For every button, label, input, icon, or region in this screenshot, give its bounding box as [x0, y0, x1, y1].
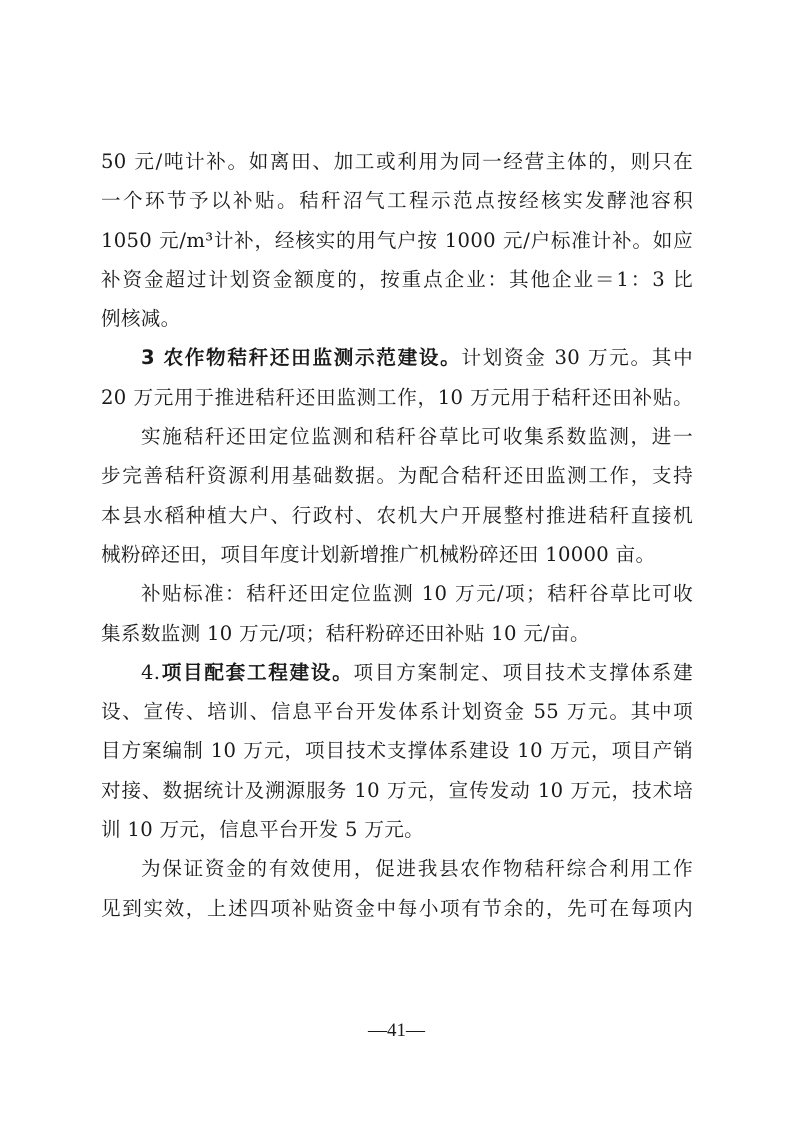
text-line: 目方案编制 10 万元，项目技术支撑体系建设 10 万元，项目产销 — [101, 731, 693, 770]
section-text: 项目方案制定、项目技术支撑体系建 — [353, 661, 693, 684]
text-line: 械粉碎还田，项目年度计划新增推广机械粉碎还田 10000 亩。 — [101, 535, 693, 574]
section-text: 计划资金 30 万元。其中 — [461, 346, 693, 369]
section-heading: 项目配套工程建设。 — [160, 661, 353, 684]
text-line: 50 元/吨计补。如离田、加工或利用为同一经营主体的，则只在 — [101, 142, 693, 181]
section-heading: 3 农作物秸秆还田监测示范建设。 — [141, 346, 461, 369]
document-body: 50 元/吨计补。如离田、加工或利用为同一经营主体的，则只在 一个环节予以补贴。… — [101, 142, 693, 928]
text-line: 对接、数据统计及溯源服务 10 万元，宣传发动 10 万元，技术培 — [101, 771, 693, 810]
paragraph-section-3: 3 农作物秸秆还田监测示范建设。计划资金 30 万元。其中 20 万元用于推进秸… — [101, 338, 693, 417]
text-line: 补资金超过计划资金额度的，按重点企业：其他企业＝1：3 比 — [101, 260, 693, 299]
text-line: 为保证资金的有效使用，促进我县农作物秸秆综合利用工作 — [101, 849, 693, 888]
paragraph-subsidy-standard: 补贴标准：秸秆还田定位监测 10 万元/项；秸秆谷草比可收 集系数监测 10 万… — [101, 574, 693, 653]
paragraph-monitoring: 实施秸秆还田定位监测和秸秆谷草比可收集系数监测，进一 步完善秸秆资源利用基础数据… — [101, 417, 693, 574]
text-line: 见到实效，上述四项补贴资金中每小项有节余的，先可在每项内 — [101, 889, 693, 928]
paragraph-fund-usage: 为保证资金的有效使用，促进我县农作物秸秆综合利用工作 见到实效，上述四项补贴资金… — [101, 849, 693, 928]
text-line: 补贴标准：秸秆还田定位监测 10 万元/项；秸秆谷草比可收 — [101, 574, 693, 613]
text-line: 设、宣传、培训、信息平台开发体系计划资金 55 万元。其中项 — [101, 692, 693, 731]
text-line: 集系数监测 10 万元/项；秸秆粉碎还田补贴 10 元/亩。 — [101, 614, 693, 653]
text-line: 训 10 万元，信息平台开发 5 万元。 — [101, 810, 693, 849]
paragraph-subsidy-continuation: 50 元/吨计补。如离田、加工或利用为同一经营主体的，则只在 一个环节予以补贴。… — [101, 142, 693, 338]
section-number: 4. — [141, 661, 160, 684]
text-line: 4.项目配套工程建设。项目方案制定、项目技术支撑体系建 — [101, 653, 693, 692]
text-line: 20 万元用于推进秸秆还田监测工作，10 万元用于秸秆还田补贴。 — [101, 378, 693, 417]
text-line: 步完善秸秆资源利用基础数据。为配合秸秆还田监测工作，支持 — [101, 456, 693, 495]
text-line: 一个环节予以补贴。秸秆沼气工程示范点按经核实发酵池容积 — [101, 181, 693, 220]
text-line: 例核减。 — [101, 299, 693, 338]
text-line: 1050 元/m³计补，经核实的用气户按 1000 元/户标准计补。如应 — [101, 221, 693, 260]
text-line: 实施秸秆还田定位监测和秸秆谷草比可收集系数监测，进一 — [101, 417, 693, 456]
text-line: 本县水稻种植大户、行政村、农机大户开展整村推进秸秆直接机 — [101, 496, 693, 535]
text-line: 3 农作物秸秆还田监测示范建设。计划资金 30 万元。其中 — [101, 338, 693, 377]
page-number: —41— — [0, 1020, 793, 1042]
paragraph-section-4: 4.项目配套工程建设。项目方案制定、项目技术支撑体系建 设、宣传、培训、信息平台… — [101, 653, 693, 849]
